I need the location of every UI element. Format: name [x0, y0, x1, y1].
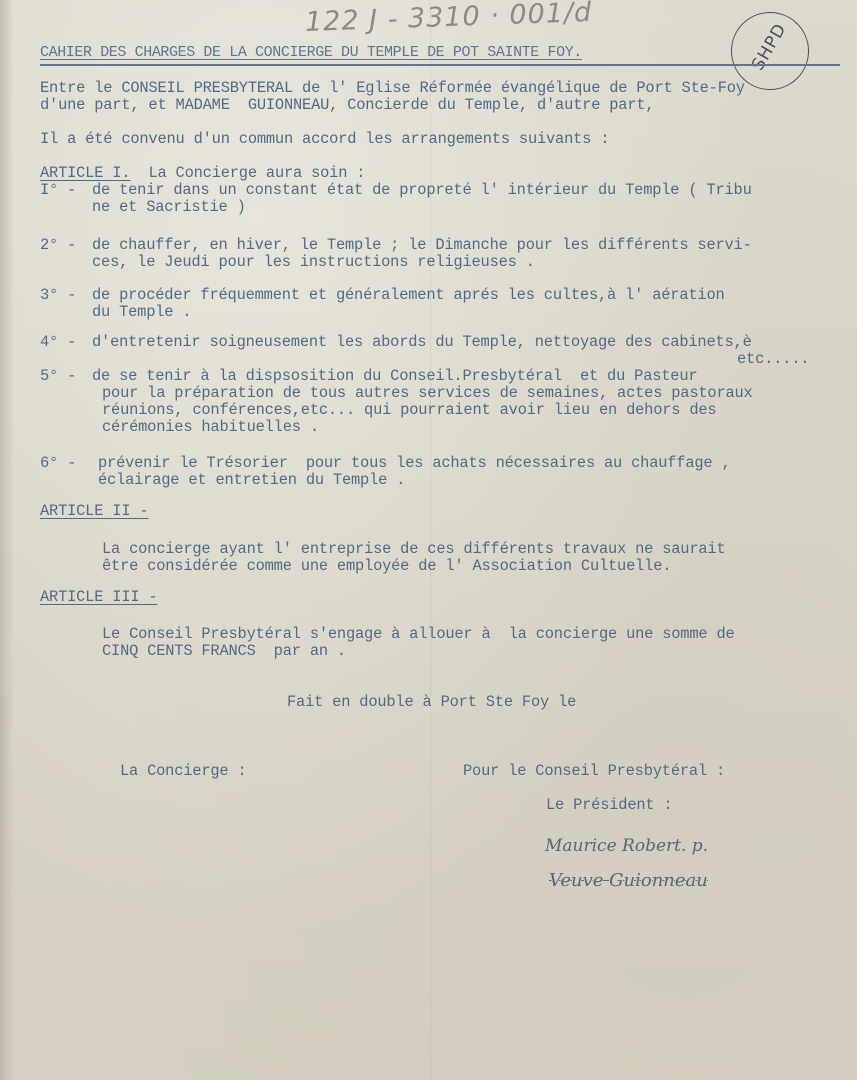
item-line: réunions, conférences,etc... qui pourrai… [102, 402, 716, 419]
item-line: éclairage et entretien du Temple . [98, 472, 405, 489]
item-line: de se tenir à la dispsosition du Conseil… [92, 368, 697, 385]
item-line: ces, le Jeudi pour les instructions reli… [92, 254, 535, 271]
handwritten-signature-concierge: Veuve Guionneau [549, 870, 708, 891]
article-2-line-1: La concierge ayant l' entreprise de ces … [102, 541, 725, 558]
item-number: 2° - [40, 237, 76, 254]
intro-line-2: d'une part, et MADAME GUIONNEAU, Concier… [40, 97, 654, 114]
title-double-underline [40, 64, 840, 66]
president-signature-label: Le Président : [546, 797, 673, 814]
item-line: de procéder fréquemment et généralement … [92, 287, 725, 304]
item-line: de chauffer, en hiver, le Temple ; le Di… [92, 237, 752, 254]
paper-edge-shadow [0, 0, 14, 1080]
archive-reference-number: 122 J - 3310 · 001/d [305, 0, 593, 38]
item-line: cérémonies habituelles . [102, 419, 319, 436]
article-2-heading: ARTICLE II - [40, 503, 148, 520]
handwritten-signature-president: Maurice Robert. p. [545, 836, 708, 856]
item-number: 3° - [40, 287, 76, 304]
article-3-line-2: CINQ CENTS FRANCS par an . [102, 643, 346, 660]
item-line: pour la préparation de tous autres servi… [102, 385, 753, 402]
item-line: etc..... [737, 351, 809, 368]
council-signature-label: Pour le Conseil Presbytéral : [463, 763, 725, 780]
item-number: 5° - [40, 368, 76, 385]
article-1-header: ARTICLE I. La Concierge aura soin : [40, 165, 365, 182]
article-2-line-2: être considérée comme une employée de l'… [102, 558, 671, 575]
concierge-signature-label: La Concierge : [120, 763, 247, 780]
document-title: CAHIER DES CHARGES DE LA CONCIERGE DU TE… [40, 44, 582, 61]
agreement-line: Il a été convenu d'un commun accord les … [40, 131, 609, 148]
item-line: de tenir dans un constant état de propre… [92, 182, 752, 199]
item-line: prévenir le Trésorier pour tous les acha… [98, 455, 731, 472]
intro-line-1: Entre le CONSEIL PRESBYTERAL de l' Eglis… [40, 80, 745, 97]
item-line: du Temple . [92, 304, 191, 321]
article-3-line-1: Le Conseil Presbytéral s'engage à alloue… [102, 626, 735, 643]
article-3-heading: ARTICLE III - [40, 589, 157, 606]
article-1-heading: ARTICLE I. [40, 164, 130, 182]
item-number: 4° - [40, 334, 76, 351]
item-number: 6° - [40, 455, 76, 472]
closing-line: Fait en double à Port Ste Foy le [287, 694, 576, 711]
article-1-lead: La Concierge aura soin : [148, 164, 365, 182]
item-line: d'entretenir soigneusement les abords du… [92, 334, 752, 351]
item-number: I° - [40, 182, 76, 199]
item-line: ne et Sacristie ) [92, 199, 246, 216]
document-page: 122 J - 3310 · 001/d SHPD CAHIER DES CHA… [0, 0, 857, 1080]
